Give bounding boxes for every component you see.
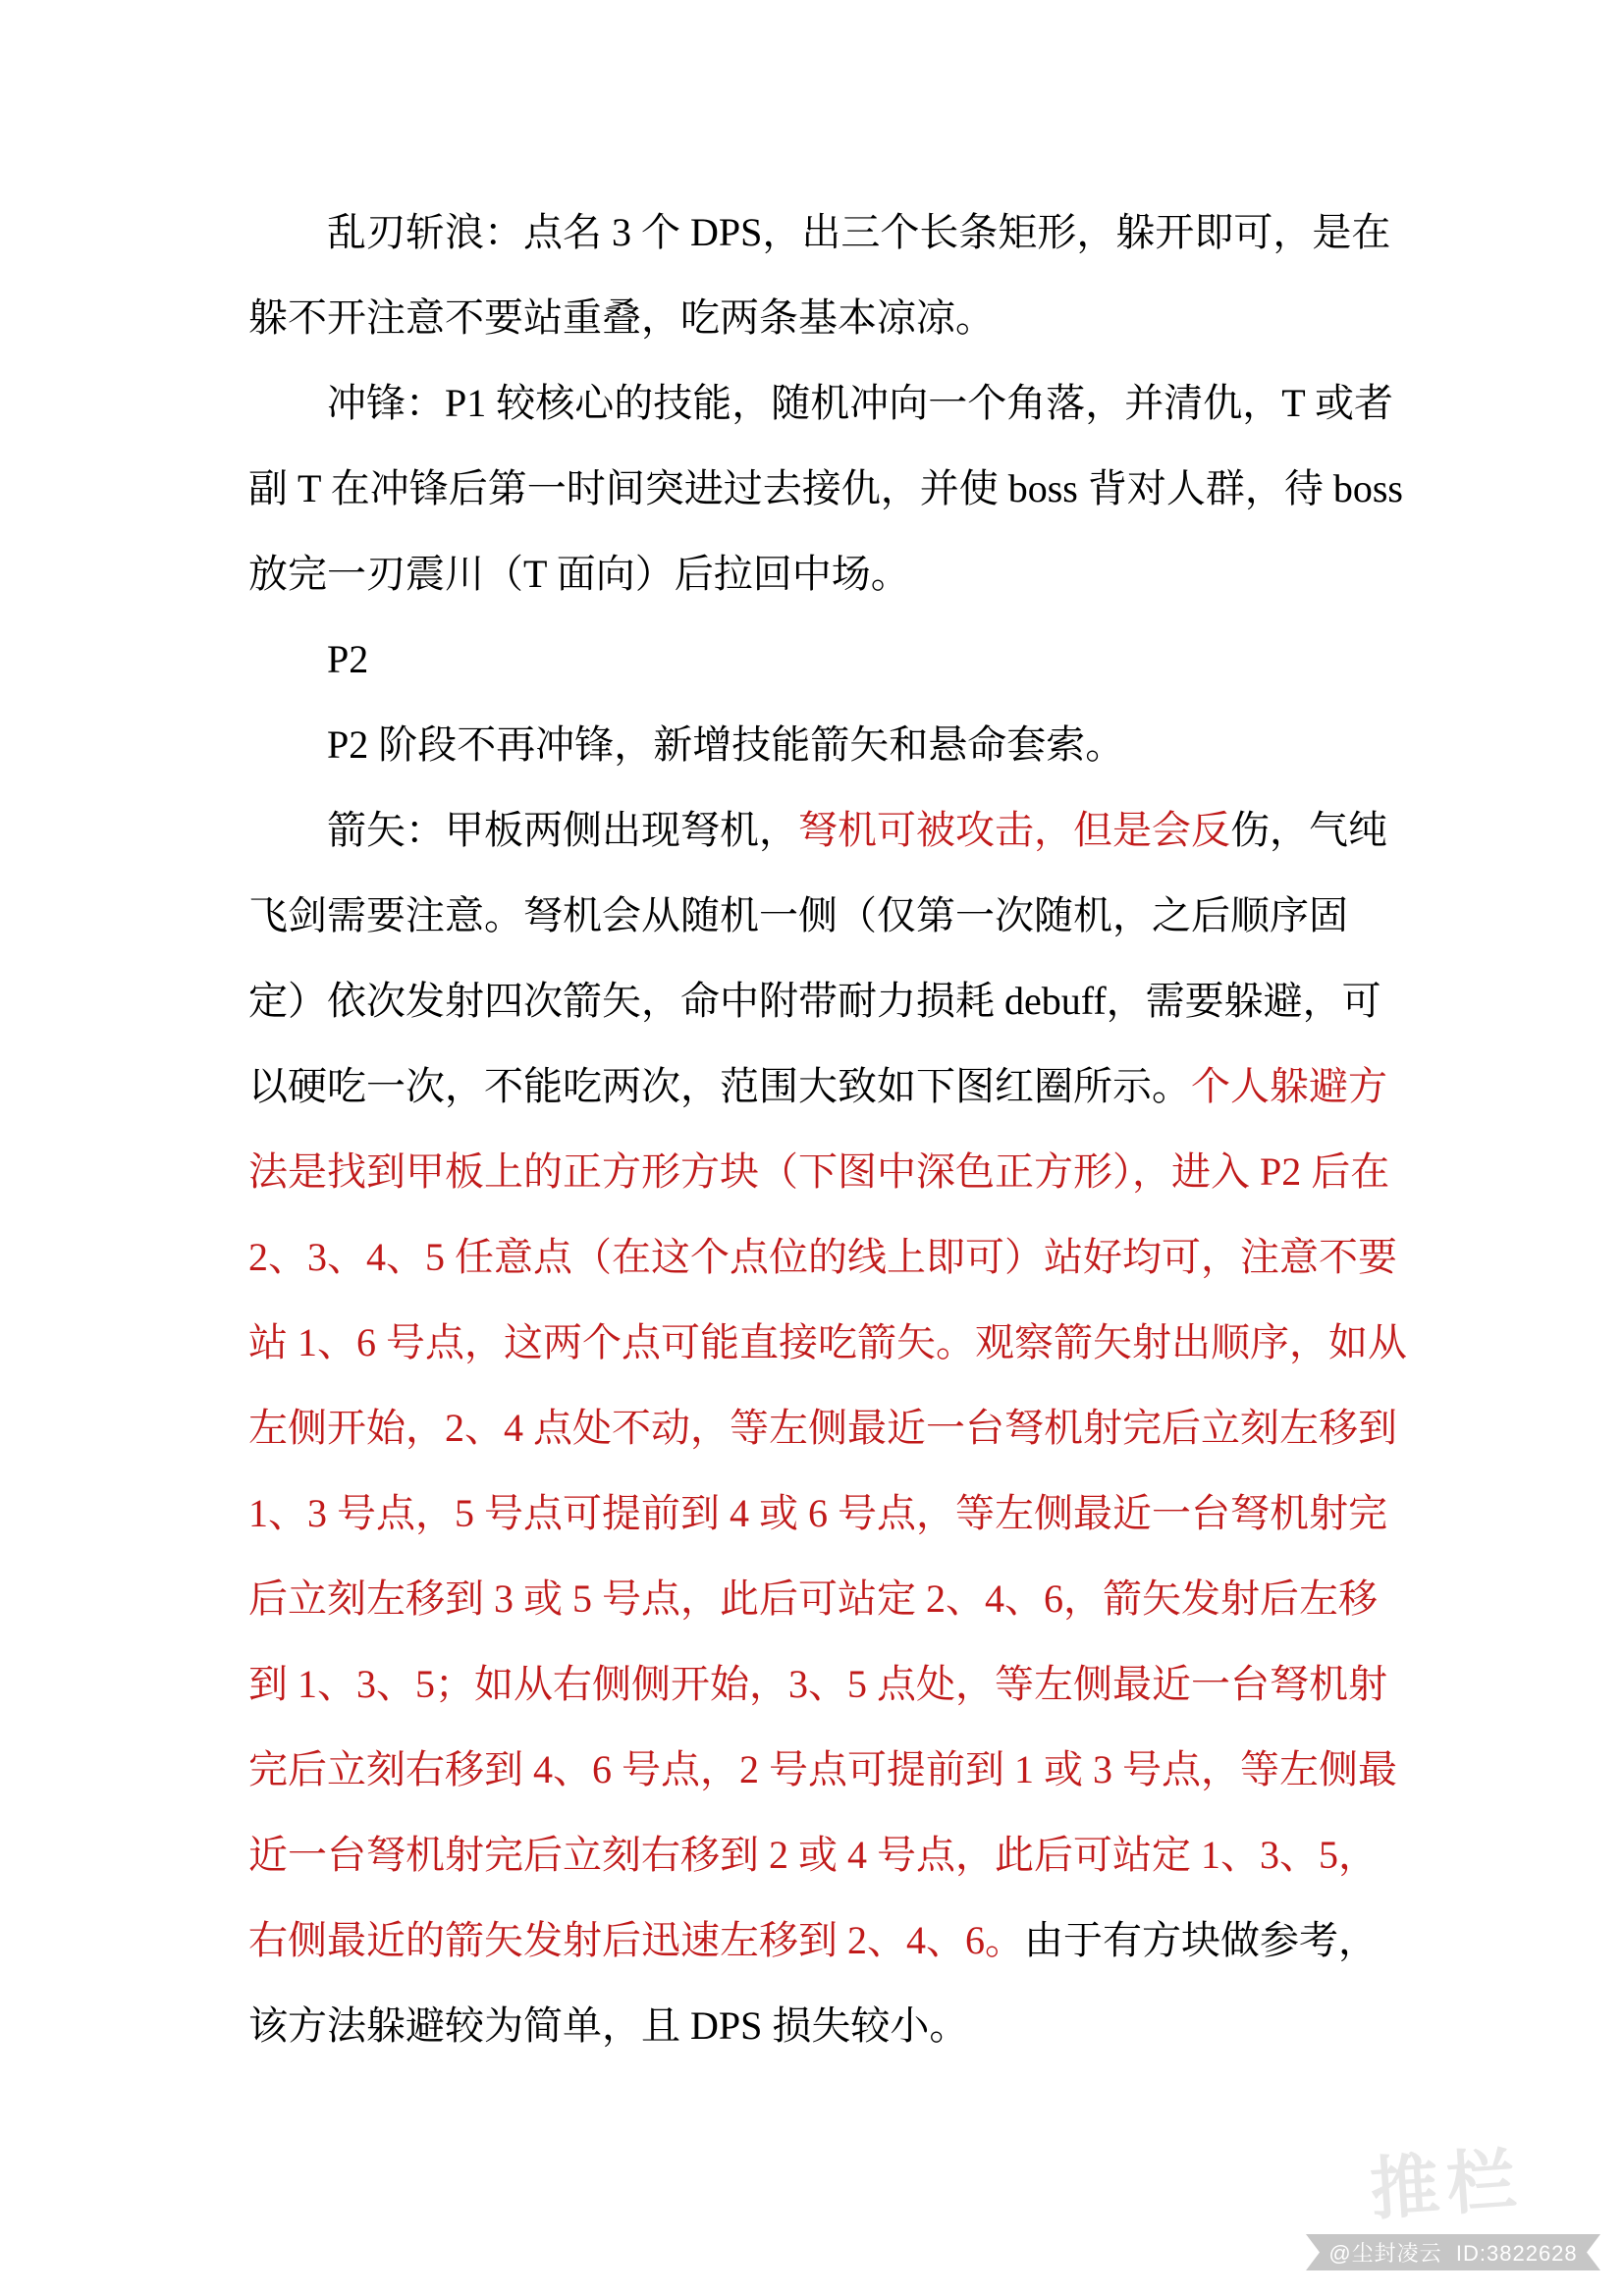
document-page: 乱刃斩浪：点名 3 个 DPS，出三个长条矩形，躲开即可，是在躲不开注意不要站重… — [0, 0, 1624, 2296]
highlighted-text-segment: 2、3、4、5 任意点（在这个点位的线上即可）站好均可，注意不要 — [248, 1235, 1397, 1279]
highlighted-text-segment: 完后立刻右移到 4、6 号点，2 号点可提前到 1 或 3 号点，等左侧最 — [248, 1747, 1397, 1791]
text-line: 箭矢：甲板两侧出现弩机，弩机可被攻击，但是会反伤，气纯 — [248, 787, 1397, 873]
highlighted-text-segment: 到 1、3、5；如从右侧侧开始，3、5 点处，等左侧最近一台弩机射 — [248, 1662, 1387, 1706]
text-line: 乱刃斩浪：点名 3 个 DPS，出三个长条矩形，躲开即可，是在 — [248, 189, 1397, 275]
body-text-segment: 该方法躲避较为简单，且 DPS 损失较小。 — [248, 2003, 968, 2048]
watermark-credit-text: @尘封凌云 ID:3822628 — [1328, 2237, 1577, 2268]
text-line: 躲不开注意不要站重叠，吃两条基本凉凉。 — [248, 275, 1397, 360]
text-line: 后立刻左移到 3 或 5 号点，此后可站定 2、4、6，箭矢发射后左移 — [248, 1556, 1397, 1641]
text-line: 右侧最近的箭矢发射后迅速左移到 2、4、6。由于有方块做参考， — [248, 1897, 1397, 1983]
body-text-segment: 伤，气纯 — [1230, 808, 1387, 852]
text-line: 冲锋：P1 较核心的技能，随机冲向一个角落，并清仇，T 或者 — [248, 360, 1397, 446]
body-text-segment: 副 T 在冲锋后第一时间突进过去接仇，并使 boss 背对人群，待 boss — [248, 466, 1403, 510]
watermark-credit-ribbon: @尘封凌云 ID:3822628 — [1306, 2234, 1600, 2270]
text-line: 到 1、3、5；如从右侧侧开始，3、5 点处，等左侧最近一台弩机射 — [248, 1641, 1397, 1727]
highlighted-text-segment: 个人躲避方 — [1191, 1064, 1387, 1108]
body-text-segment: 躲不开注意不要站重叠，吃两条基本凉凉。 — [248, 295, 995, 340]
body-text-segment: 定）依次发射四次箭矢，命中附带耐力损耗 debuff，需要躲避，可 — [248, 979, 1381, 1023]
highlighted-text-segment: 后立刻左移到 3 或 5 号点，此后可站定 2、4、6，箭矢发射后左移 — [248, 1576, 1378, 1621]
text-line: 完后立刻右移到 4、6 号点，2 号点可提前到 1 或 3 号点，等左侧最 — [248, 1727, 1397, 1812]
body-text-segment: 放完一刃震川（T 面向）后拉回中场。 — [248, 552, 910, 596]
body-text-segment: 以硬吃一次，不能吃两次，范围大致如下图红圈所示。 — [248, 1064, 1191, 1108]
highlighted-text-segment: 近一台弩机射完后立刻右移到 2 或 4 号点，此后可站定 1、3、5， — [248, 1833, 1378, 1877]
text-line: P2 阶段不再冲锋，新增技能箭矢和悬命套索。 — [248, 702, 1397, 787]
text-line: 1、3 号点，5 号点可提前到 4 或 6 号点，等左侧最近一台弩机射完 — [248, 1470, 1397, 1556]
highlighted-text-segment: 右侧最近的箭矢发射后迅速左移到 2、4、6。 — [248, 1918, 1024, 1962]
body-text-segment: 飞剑需要注意。弩机会从随机一侧（仅第一次随机，之后顺序固 — [248, 893, 1348, 937]
document-body: 乱刃斩浪：点名 3 个 DPS，出三个长条矩形，躲开即可，是在躲不开注意不要站重… — [248, 189, 1397, 2068]
text-line: 近一台弩机射完后立刻右移到 2 或 4 号点，此后可站定 1、3、5， — [248, 1812, 1397, 1897]
text-line: 副 T 在冲锋后第一时间突进过去接仇，并使 boss 背对人群，待 boss — [248, 446, 1397, 531]
highlighted-text-segment: 左侧开始，2、4 点处不动，等左侧最近一台弩机射完后立刻左移到 — [248, 1406, 1397, 1450]
body-text-segment: 冲锋：P1 较核心的技能，随机冲向一个角落，并清仇，T 或者 — [327, 381, 1393, 425]
body-text-segment: 乱刃斩浪：点名 3 个 DPS，出三个长条矩形，躲开即可，是在 — [327, 210, 1390, 254]
highlighted-text-segment: 法是找到甲板上的正方形方块（下图中深色正方形），进入 P2 后在 — [248, 1149, 1389, 1194]
body-text-segment: P2 阶段不再冲锋，新增技能箭矢和悬命套索。 — [327, 722, 1124, 767]
text-line: 以硬吃一次，不能吃两次，范围大致如下图红圈所示。个人躲避方 — [248, 1043, 1397, 1129]
body-text-segment: 箭矢：甲板两侧出现弩机， — [327, 808, 798, 852]
body-text-segment: 由于有方块做参考， — [1024, 1918, 1378, 1962]
text-line: 该方法躲避较为简单，且 DPS 损失较小。 — [248, 1983, 1397, 2068]
highlighted-text-segment: 1、3 号点，5 号点可提前到 4 或 6 号点，等左侧最近一台弩机射完 — [248, 1491, 1387, 1535]
text-line: 2、3、4、5 任意点（在这个点位的线上即可）站好均可，注意不要 — [248, 1214, 1397, 1300]
text-line: 站 1、6 号点，这两个点可能直接吃箭矢。观察箭矢射出顺序，如从 — [248, 1300, 1397, 1385]
text-line: 放完一刃震川（T 面向）后拉回中场。 — [248, 531, 1397, 616]
text-line: 左侧开始，2、4 点处不动，等左侧最近一台弩机射完后立刻左移到 — [248, 1385, 1397, 1470]
text-line: 法是找到甲板上的正方形方块（下图中深色正方形），进入 P2 后在 — [248, 1129, 1397, 1214]
body-text-segment: P2 — [327, 637, 368, 681]
highlighted-text-segment: 弩机可被攻击，但是会反 — [798, 808, 1230, 852]
highlighted-text-segment: 站 1、6 号点，这两个点可能直接吃箭矢。观察箭矢射出顺序，如从 — [248, 1320, 1407, 1364]
tuilan-watermark-logo: 推栏 — [1368, 2138, 1541, 2240]
text-line: 定）依次发射四次箭矢，命中附带耐力损耗 debuff，需要躲避，可 — [248, 958, 1397, 1043]
text-line: 飞剑需要注意。弩机会从随机一侧（仅第一次随机，之后顺序固 — [248, 873, 1397, 958]
text-line: P2 — [248, 616, 1397, 702]
